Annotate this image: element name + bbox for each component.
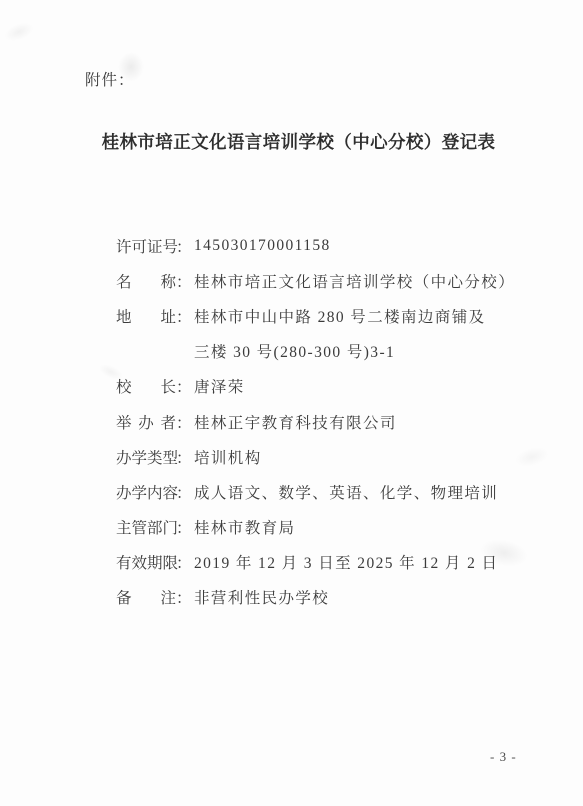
- field-label: 主管部门: [116, 516, 176, 538]
- field-label: 名称: [116, 270, 176, 292]
- field-label: 举办者: [116, 411, 176, 433]
- field-colon: ：: [176, 235, 194, 257]
- field-colon: ：: [176, 516, 194, 538]
- field-value: 2019 年 12 月 3 日至 2025 年 12 月 2 日: [194, 551, 498, 573]
- attachment-label: 附件：: [85, 71, 135, 91]
- field-row-school-type: 办学类型：培训机构: [116, 439, 556, 474]
- field-value: 桂林市教育局: [194, 516, 295, 538]
- field-label: 备注: [116, 586, 176, 608]
- scanned-document-page: 附件： 桂林市培正文化语言培训学校（中心分校）登记表 许可证号：14503017…: [0, 0, 583, 806]
- field-label: 办学内容: [116, 481, 176, 503]
- field-value: 非营利性民办学校: [194, 586, 329, 608]
- field-row-validity-period: 有效期限：2019 年 12 月 3 日至 2025 年 12 月 2 日: [116, 545, 556, 580]
- field-value: 桂林正宇教育科技有限公司: [194, 411, 397, 433]
- field-row-address-continued: 三楼 30 号(280-300 号)3-1: [116, 334, 556, 369]
- field-row-organizer: 举办者：桂林正宇教育科技有限公司: [116, 404, 556, 439]
- page-title: 桂林市培正文化语言培训学校（中心分校）登记表: [0, 130, 583, 154]
- field-value: 145030170001158: [194, 237, 331, 255]
- field-colon: ：: [176, 305, 194, 327]
- field-colon: ：: [176, 551, 194, 573]
- field-colon: ：: [176, 411, 194, 433]
- field-colon: ：: [176, 481, 194, 503]
- field-row-license-number: 许可证号：145030170001158: [116, 228, 556, 263]
- field-colon: ：: [176, 586, 194, 608]
- registration-fields: 许可证号：145030170001158 名称：桂林市培正文化语言培训学校（中心…: [116, 228, 556, 615]
- field-value: 唐泽荣: [194, 375, 245, 397]
- field-colon: ：: [176, 446, 194, 468]
- field-value: 桂林市培正文化语言培训学校（中心分校）: [194, 270, 515, 292]
- field-row-remarks: 备注：非营利性民办学校: [116, 580, 556, 615]
- field-row-supervisor: 主管部门：桂林市教育局: [116, 510, 556, 545]
- field-colon: ：: [176, 375, 194, 397]
- field-row-address: 地址：桂林市中山中路 280 号二楼南边商铺及: [116, 298, 556, 333]
- page-number: - 3 -: [490, 749, 517, 765]
- field-label: 办学类型: [116, 446, 176, 468]
- field-value: 桂林市中山中路 280 号二楼南边商铺及: [194, 305, 486, 327]
- field-label: 许可证号: [116, 235, 176, 257]
- field-colon: ：: [176, 270, 194, 292]
- field-row-name: 名称：桂林市培正文化语言培训学校（中心分校）: [116, 263, 556, 298]
- field-value: 三楼 30 号(280-300 号)3-1: [194, 340, 395, 362]
- field-row-principal: 校长：唐泽荣: [116, 369, 556, 404]
- scan-smudge: [2, 19, 36, 44]
- field-row-school-content: 办学内容：成人语文、数学、英语、化学、物理培训: [116, 474, 556, 509]
- field-label: 校长: [116, 375, 176, 397]
- field-label: 地址: [116, 305, 176, 327]
- field-value: 培训机构: [194, 446, 262, 468]
- field-label: 有效期限: [116, 551, 176, 573]
- field-value: 成人语文、数学、英语、化学、物理培训: [194, 481, 498, 503]
